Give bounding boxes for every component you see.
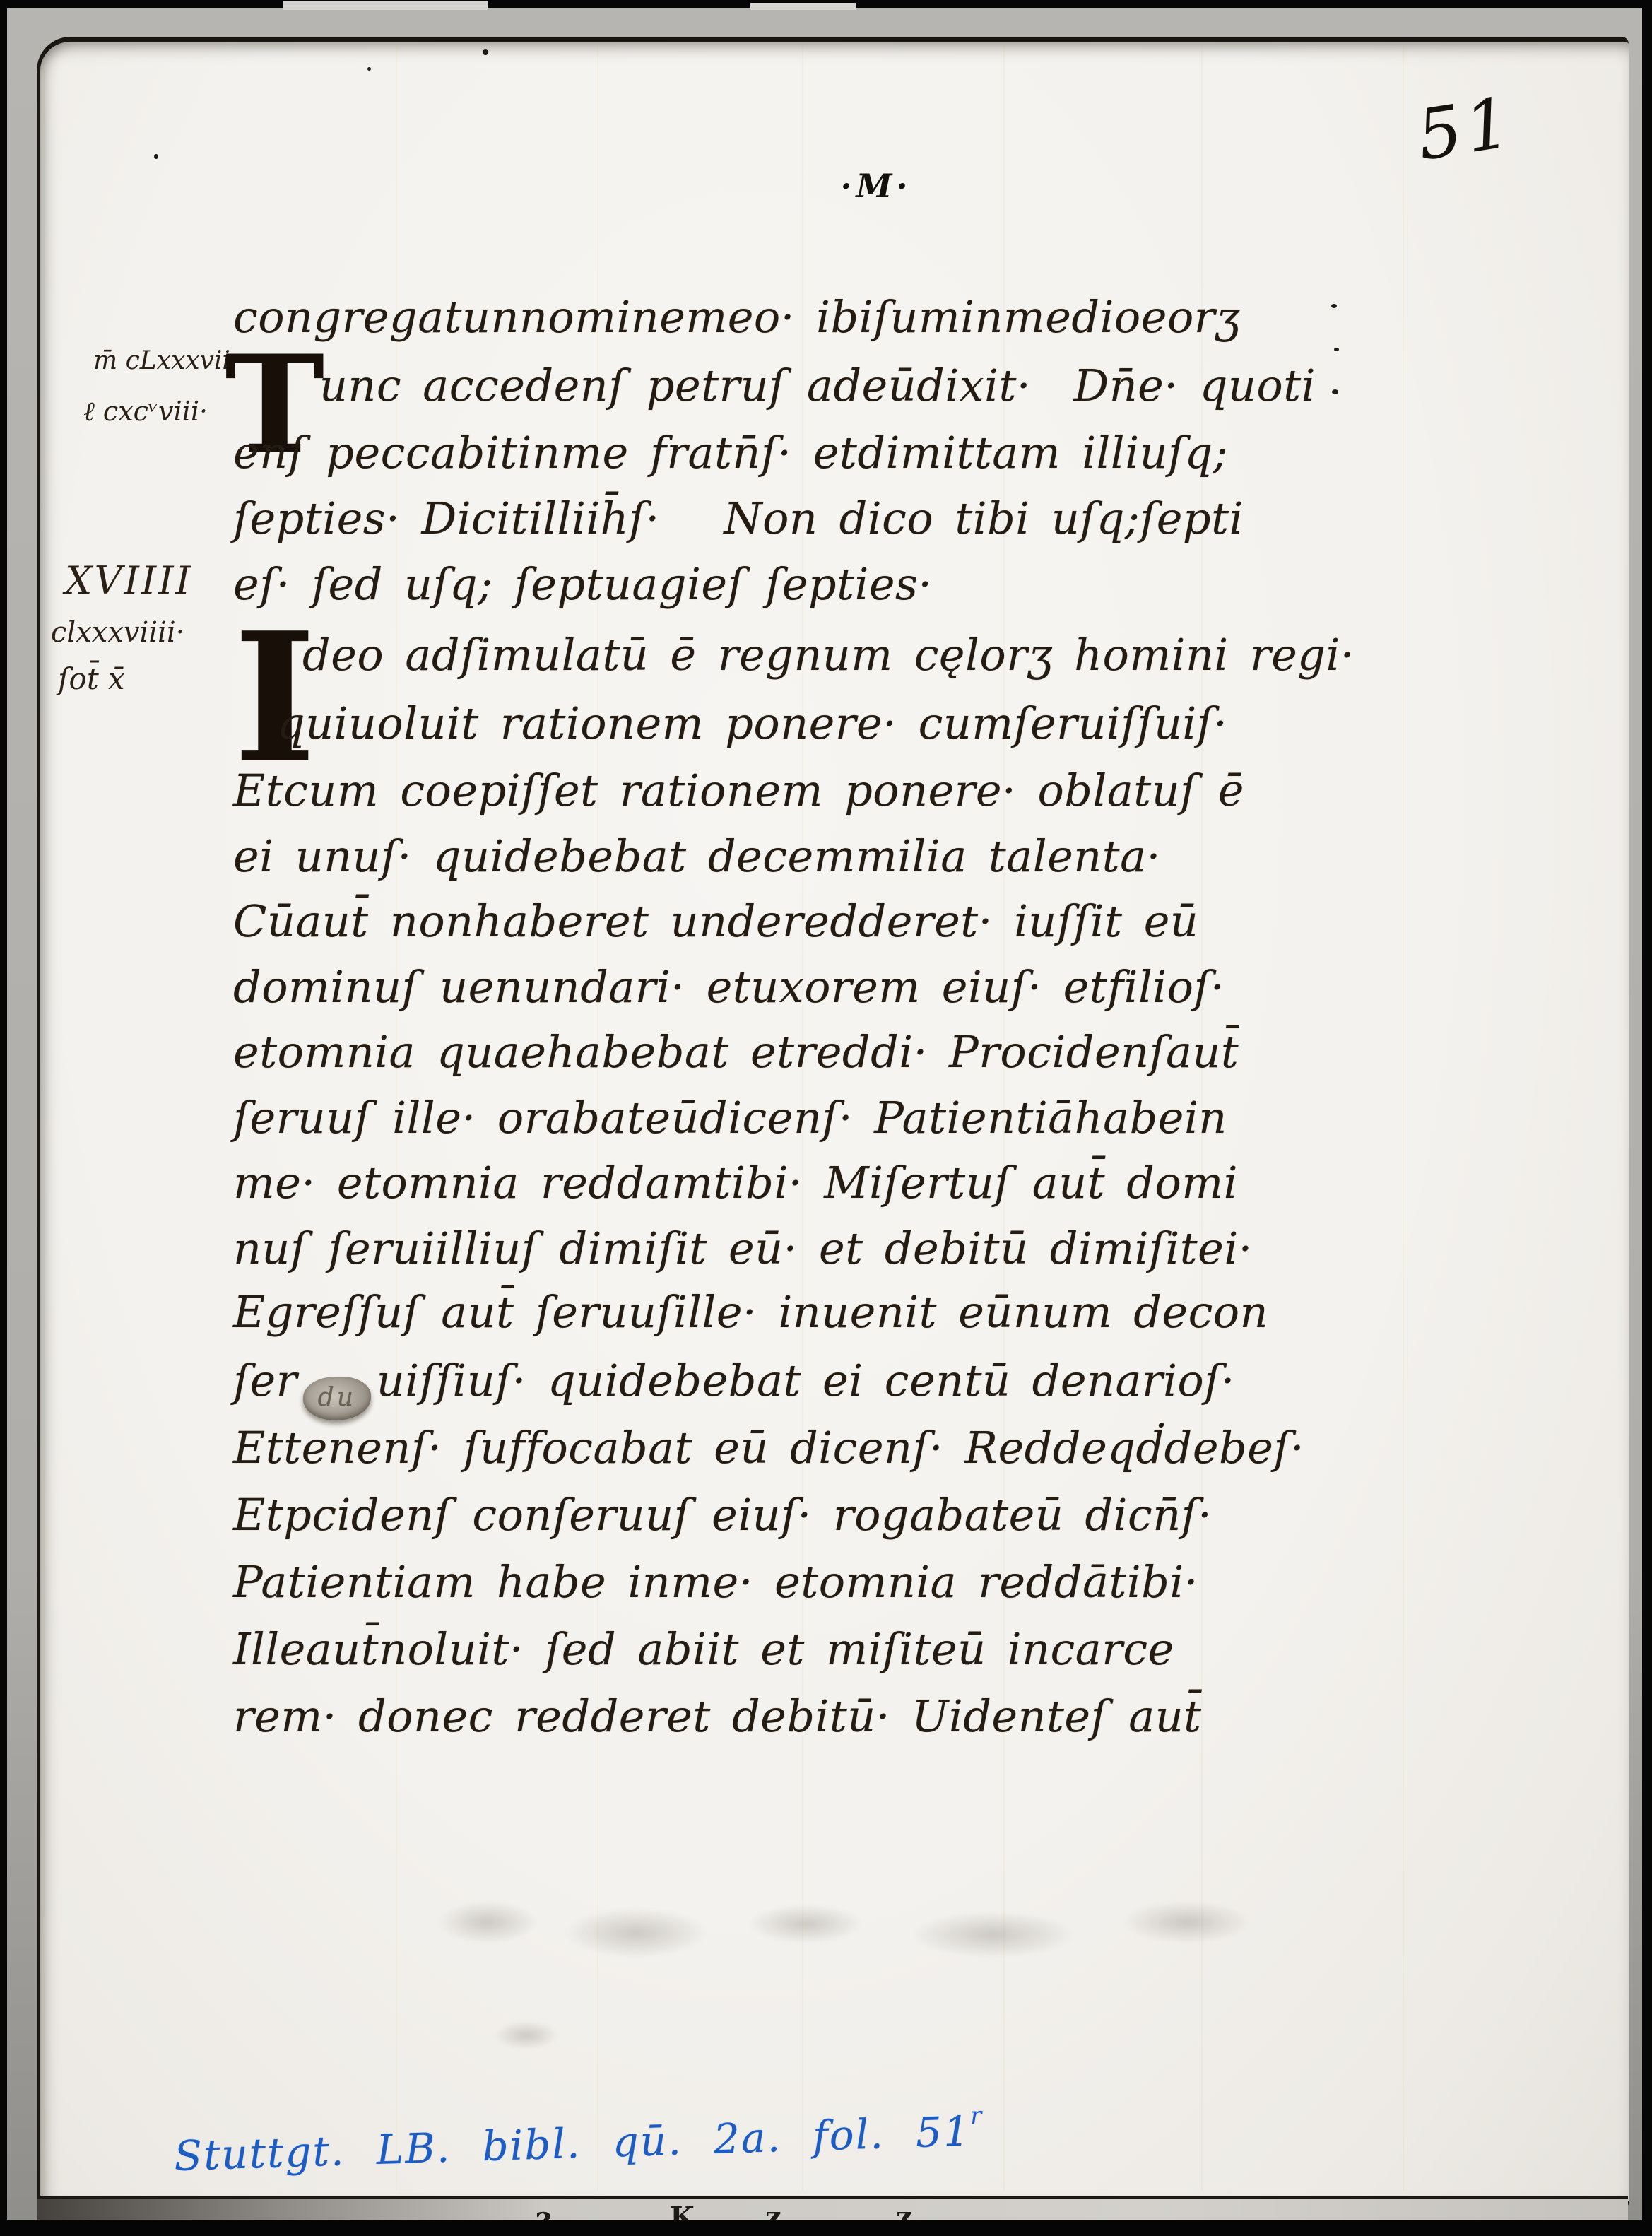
text-segment: uiſſiuſ· quidebebat ei centū denarioſ·: [377, 1355, 1235, 1406]
text-line: Patientiam habe inme· etomnia reddātibi·: [233, 1558, 1198, 1606]
text-segment: ſer: [233, 1355, 297, 1406]
text-line: congregatunnominemeo· ibiſuminmedioeorʒ: [233, 293, 1240, 341]
parchment-hole: du: [303, 1377, 371, 1420]
stain: [438, 1901, 537, 1943]
stain: [1123, 1901, 1251, 1943]
margin-note-canon: ℓ cxcᵛviii·: [83, 396, 208, 428]
text-line-with-hole: ſerduuiſſiuſ· quidebebat ei centū denari…: [233, 1357, 1235, 1420]
text-line: dominuſ uenundari· etuxorem eiuſ· etfili…: [233, 963, 1225, 1011]
pricking-dot: [1334, 348, 1339, 351]
ink-speck: [154, 154, 158, 159]
folio-number: 51: [1412, 82, 1520, 177]
text-line: enſ peccabitinme fratn̄ſ· etdimittam ill…: [233, 429, 1228, 477]
photo-border: [0, 2220, 1652, 2236]
text-line: Egreſſuſ aut̄ ſeruuſille· inuenit eūnum …: [233, 1288, 1268, 1336]
text-line: Etpcidenſ conſeruuſ eiuſ· rogabateū dicn…: [233, 1491, 1212, 1539]
text-line: unc accedenſ petruſ adeūdixit· Dn̄e· quo…: [319, 362, 1316, 410]
stain: [911, 1912, 1074, 1958]
text-line: rem· donec redderet debitū· Uidenteſ aut…: [233, 1693, 1202, 1741]
stain: [565, 1908, 707, 1958]
manuscript-photo: ·M· 51 m̄ cLxxxvii ℓ cxcᵛviii· XVIIII cl…: [0, 0, 1652, 2236]
text-line: quiuoluit rationem ponere· cumſeruiſſuiſ…: [277, 700, 1227, 748]
text-line: Cūaut̄ nonhaberet underedderet· iuſſit e…: [233, 898, 1198, 946]
top-edge-gap: [283, 1, 488, 10]
margin-note-chapter: XVIIII: [65, 558, 193, 603]
pricking-dot: [1331, 304, 1337, 308]
text-line: me· etomnia reddamtibi· Miſertuſ aut̄ do…: [233, 1159, 1238, 1207]
text-line: deo adſimulatū ē regnum cęlorʒ homini re…: [302, 631, 1355, 679]
stain: [749, 1905, 862, 1943]
text-line: eſ· ſed uſq; ſeptuagieſ ſepties·: [233, 560, 933, 608]
text-line: Illeaut̄noluit· ſed abiit et miſiteū inc…: [233, 1625, 1174, 1673]
text-line: etomnia quaehabebat etreddi· Procidenſau…: [233, 1028, 1239, 1076]
margin-note-canon: clxxxviiii·: [51, 616, 184, 649]
running-title: ·M·: [798, 167, 954, 205]
stain: [495, 2021, 558, 2049]
margin-note-canon: ſot̄ x̄: [58, 661, 125, 696]
ink-speck: [483, 49, 488, 55]
margin-note-canon: m̄ cLxxxvii: [93, 346, 230, 375]
text-line: ſeruuſ ille· orabateūdicenſ· Patientiāha…: [233, 1094, 1227, 1142]
text-line: Ettenenſ· ſuffocabat eū dicenſ· Reddeqḋd…: [233, 1424, 1304, 1472]
pricking-dot: [1332, 389, 1338, 394]
text-line: ſepties· Dicitilliih̄ſ· Non dico tibi uſ…: [233, 495, 1244, 543]
top-edge-gap: [750, 3, 856, 10]
annotation-superscript: r: [969, 2102, 982, 2130]
ink-speck: [367, 67, 371, 71]
text-line: nuſ ſeruiilliuſ dimiſit eū· et debitū di…: [233, 1225, 1253, 1273]
text-line: ei unuſ· quidebebat decemmilia talenta·: [233, 832, 1161, 881]
scan-line: [1403, 42, 1404, 2191]
text-line: Etcum coepiſſet rationem ponere· oblatuſ…: [233, 767, 1244, 815]
